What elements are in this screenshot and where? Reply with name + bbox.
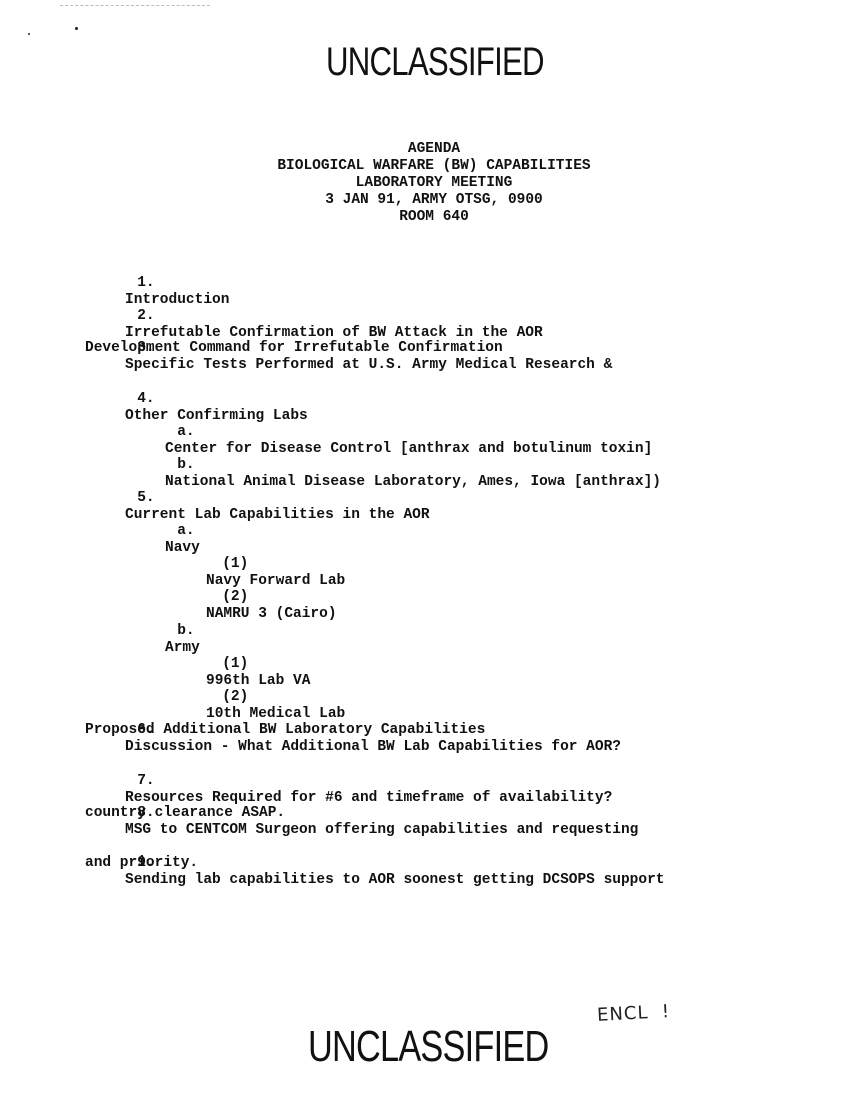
item-number: 5.	[137, 490, 154, 506]
item-letter: a.	[177, 424, 194, 440]
agenda-title: AGENDA	[0, 141, 850, 158]
agenda-subtitle-line2: LABORATORY MEETING	[0, 175, 850, 192]
item-letter: b.	[177, 623, 194, 639]
item-number: 7.	[137, 773, 154, 789]
item-text: 10th Medical Lab	[206, 706, 345, 723]
item-number: 2.	[137, 308, 154, 324]
agenda-item-8-continuation: country clearance ASAP.	[85, 805, 285, 822]
item-subnumber: (2)	[222, 689, 248, 705]
item-text: Specific Tests Performed at U.S. Army Me…	[125, 357, 612, 374]
item-text: Discussion - What Additional BW Lab Capa…	[125, 739, 621, 756]
document-page: UNCLASSIFIED AGENDA BIOLOGICAL WARFARE (…	[0, 0, 850, 1103]
item-subnumber: (1)	[222, 656, 248, 672]
handwritten-enclosure-note: ENCL !	[597, 1001, 671, 1026]
agenda-header: AGENDA BIOLOGICAL WARFARE (BW) CAPABILIT…	[0, 141, 850, 226]
agenda-item-9-continuation: and priority.	[85, 855, 198, 872]
agenda-date-line: 3 JAN 91, ARMY OTSG, 0900	[0, 192, 850, 209]
item-text: MSG to CENTCOM Surgeon offering capabili…	[125, 822, 638, 839]
scan-artifact	[60, 5, 210, 7]
item-letter: b.	[177, 457, 194, 473]
scan-speck	[28, 33, 30, 35]
agenda-item-6-continuation: Proposed Additional BW Laboratory Capabi…	[85, 722, 485, 739]
classification-marking-bottom: UNCLASSIFIED	[308, 1022, 548, 1072]
item-letter: a.	[177, 523, 194, 539]
item-text: NAMRU 3 (Cairo)	[206, 606, 337, 623]
agenda-item-9: 9. Sending lab capabilities to AOR soone…	[85, 838, 155, 906]
agenda-room: ROOM 640	[0, 209, 850, 226]
item-number: 1.	[137, 275, 154, 291]
item-text: Center for Disease Control [anthrax and …	[165, 441, 652, 458]
item-number: 4.	[137, 391, 154, 407]
item-text: Sending lab capabilities to AOR soonest …	[125, 872, 665, 889]
agenda-item-3-continuation: Development Command for Irrefutable Conf…	[85, 340, 503, 357]
classification-marking-top: UNCLASSIFIED	[326, 40, 544, 85]
item-text: National Animal Disease Laboratory, Ames…	[165, 474, 661, 491]
scan-speck	[75, 27, 78, 30]
agenda-subtitle-line1: BIOLOGICAL WARFARE (BW) CAPABILITIES	[0, 158, 850, 175]
item-subnumber: (2)	[222, 589, 248, 605]
item-subnumber: (1)	[222, 556, 248, 572]
